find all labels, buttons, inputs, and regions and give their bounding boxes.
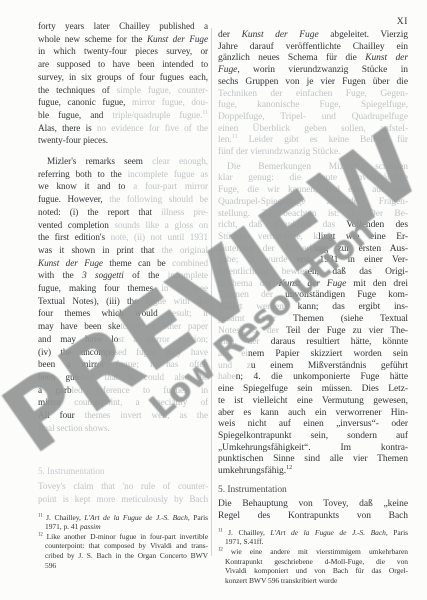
text-line: sechs Gruppen von je vier Fugen über die [218, 77, 408, 89]
text-line: Kunst der Fuge theme can be combined [38, 257, 208, 270]
paragraph: Die Bemerkungen Mizlers scheinenklar gen… [218, 162, 408, 478]
text-line: fugue. However, the following should be [38, 193, 208, 206]
text-line: 12 Like another D-minor fugue in four-pa… [38, 532, 208, 542]
text-line: All four themes invert well, as the [38, 409, 208, 422]
text-line: te ist vielleicht eine Vermutung gewesen… [218, 396, 408, 408]
text-line: öffentlichung bewiesen, daß das Origi- [218, 267, 408, 279]
text-line: noted: (i) the report that illness pre- [38, 206, 208, 219]
text-line: we know it and to a four-part mirror [38, 180, 208, 193]
text-line: der Kunst der Fuge abgeleitet. Vierzig [218, 30, 408, 42]
text-line: mirror counterpoint, a speciality of [38, 396, 208, 409]
text-line: gänzlich neues Schema für die Kunst der [218, 53, 408, 65]
text-line: Notes); 3. der Teil der Fuge zu vier The… [218, 326, 408, 338]
text-line: (iv) the uncomposed fugue may have [38, 346, 208, 359]
text-line: Textual Notes), (iii) the fugue with the [38, 295, 208, 308]
text-line: einen Überblick geben sollen, aufstel- [218, 124, 408, 136]
text-line: twenty-four pieces. [38, 134, 208, 147]
text-line: been a mirror fugue; it has often [38, 358, 208, 371]
text-line: in which twenty-four pieces survey, or [38, 45, 208, 58]
text-line: klar genug: die heute unvollständige [218, 173, 408, 185]
text-line: und zu einem Mißverständnis geführt [218, 361, 408, 373]
text-line: aber es kann auch ein verworrener Hin- [218, 408, 408, 420]
page-number: XI [218, 16, 408, 28]
text-line: ble fugue, and triple/quadruple fugue.11 [38, 109, 208, 122]
text-line: gabe; 2. wurde erst 1931 in einer Ver- [218, 255, 408, 267]
text-line: Die Behauptung von Tovey, daß „keine [218, 499, 408, 511]
right-column-body: der Kunst der Fuge abgeleitet. VierzigJa… [218, 30, 408, 585]
text-line: 12 wie eine andere mit vierstimmigem umk… [218, 547, 408, 557]
text-line: fünf der vierundzwanzig Stücke. [218, 147, 408, 159]
text-line: Quadrupel-Spiegelfuge zielende Fragen- [218, 197, 408, 209]
text-line: are supposed to have been intended to [38, 58, 208, 71]
footnote: 11 J. Chailley, L'Art de la Fugue de J.-… [38, 513, 208, 532]
text-line: Techniken der einfachen Fuge, Gegen- [218, 89, 408, 101]
text-line: 1971, S.41ff. [218, 537, 408, 547]
text-line: may have been sketched on other paper [38, 320, 208, 333]
text-line: 1971, p. 41 passim [38, 522, 208, 532]
text-line: fugue, canonic fugue, mirror fugue, dou- [38, 96, 208, 109]
text-line: was it shown in print that the original [38, 244, 208, 257]
text-line: survey, in six groups of four fugues eac… [38, 71, 208, 84]
text-line: referring both to the incomplete fugue a… [38, 168, 208, 181]
text-line: whole new scheme for the Kunst der Fuge [38, 33, 208, 46]
text-line: Regel des Kontrapunkts von Bach [218, 511, 408, 523]
paragraph: Die Behauptung von Tovey, daß „keineRege… [218, 499, 408, 522]
paragraph: forty years later Chailley published awh… [38, 20, 208, 147]
text-line: Alas, there is no evidence for five of t… [38, 122, 208, 135]
text-line: final section shows. [38, 422, 208, 435]
text-line: Vivaldi komponiert und von Bach für das … [218, 566, 408, 576]
text-line: 11 J. Chailley, L'Art de la Fugue de J.-… [38, 513, 208, 523]
text-line: men, der daraus resultiert hätte, könnte [218, 337, 408, 349]
text-line: stellung. Zu beachten ist: 1. Der Be- [218, 209, 408, 221]
text-line: „Umkehrungsfähigkeit“. Im kontra- [218, 443, 408, 455]
text-line: fuge, kanonische Fuge, Spiegelfuge, [218, 100, 408, 112]
footnote: 11 J. Chailley, L'Art de la Fugue de J.-… [218, 528, 408, 547]
left-column: forty years later Chailley published awh… [38, 20, 208, 570]
text-line: the first edition's note, (ii) not until… [38, 231, 208, 244]
footnote: 12 Like another D-minor fugue in four-pa… [38, 532, 208, 570]
text-line: vented completion sounds like a gloss on [38, 219, 208, 232]
text-line: Jahre darauf veröffentlichte Chailley ei… [218, 42, 408, 54]
text-line: Kontrapunkt geschriebene d-Moll-Fuge, di… [218, 557, 408, 567]
paragraph: Tovey's claim that 'no rule of counter-p… [38, 480, 208, 505]
document-page: forty years later Chailley published awh… [0, 0, 427, 600]
text-line: Doppelfuge, Tripel- und Quadrupelfuge [218, 112, 408, 124]
text-line: gesamt vier Themen (siehe Textual [218, 314, 408, 326]
right-column: XI der Kunst der Fuge abgeleitet. Vierzi… [218, 16, 408, 585]
text-line: Fuge, die wir kennen, und eine auf eine [218, 185, 408, 197]
text-line: läuterung der Anmerkung zur ersten Aus- [218, 244, 408, 256]
text-line: with the 3 soggetti of the incomplete [38, 269, 208, 282]
text-line: nalthema der Kunst der Fuge mit den drei [218, 279, 408, 291]
text-line: Themen der unvollständigen Fuge kom- [218, 290, 408, 302]
text-line: auf einem Papier skizziert worden sein [218, 349, 408, 361]
footnote: 12 wie eine andere mit vierstimmigem umk… [218, 547, 408, 585]
text-line: len.11 Leider gibt es keine Belege für [218, 135, 408, 147]
text-line: richt, daß Krankheit das Vollenden des [218, 220, 408, 232]
text-line: cribed by J. S. Bach in the Organ Concer… [38, 551, 208, 561]
section-heading: 5. Instrumentation [38, 465, 208, 478]
text-line: Tovey's claim that 'no rule of counter- [38, 480, 208, 493]
text-line: Stückes verhinderte, klingt wie eine Er- [218, 232, 408, 244]
text-line: Fuge, worin vierundzwanzig Stücke in [218, 65, 408, 77]
paragraph: Mizler's remarks seem clear enough,refer… [38, 155, 208, 434]
text-line: a garbled reference to fugues in [38, 384, 208, 397]
text-line: been guessed that it could also be [38, 371, 208, 384]
text-line: Mizler's remarks seem clear enough, [38, 155, 208, 168]
text-line: fugue, making four themes in all (see [38, 282, 208, 295]
text-line: Die Bemerkungen Mizlers scheinen [218, 162, 408, 174]
text-line: weis nicht auf einen „inversus“- oder [218, 419, 408, 431]
text-line: punktischen Sinne sind alle vier Themen [218, 454, 408, 466]
text-line: umkehrungsfähig.12 [218, 466, 408, 478]
text-line: and may have lost a mirror version; [38, 333, 208, 346]
text-line: biniert werden kann; das ergibt ins- [218, 302, 408, 314]
text-line: eine Spiegelfuge sein müssen. Dies Letz- [218, 384, 408, 396]
text-line: counterpoint: that composed by Vivaldi a… [38, 541, 208, 551]
column-divider [211, 28, 212, 556]
text-line: four themes which would result; it [38, 307, 208, 320]
section-heading: 5. Instrumentation [218, 485, 408, 497]
text-line: 11 J. Chailley, L'Art de la Fugue de J.-… [218, 528, 408, 538]
text-line: 596 [38, 561, 208, 571]
paragraph: der Kunst der Fuge abgeleitet. VierzigJa… [218, 30, 408, 159]
text-line: point is kept more meticulously by Bach [38, 493, 208, 506]
text-line: konzert BWV 596 transkribiert wurde [218, 576, 408, 586]
text-line: Spiegelkontrapunkt sein, sondern auf [218, 431, 408, 443]
text-line: forty years later Chailley published a [38, 20, 208, 33]
text-line: haben; 4. die unkomponierte Fuge hätte [218, 372, 408, 384]
text-line: the techniques of simple fugue, counter- [38, 84, 208, 97]
